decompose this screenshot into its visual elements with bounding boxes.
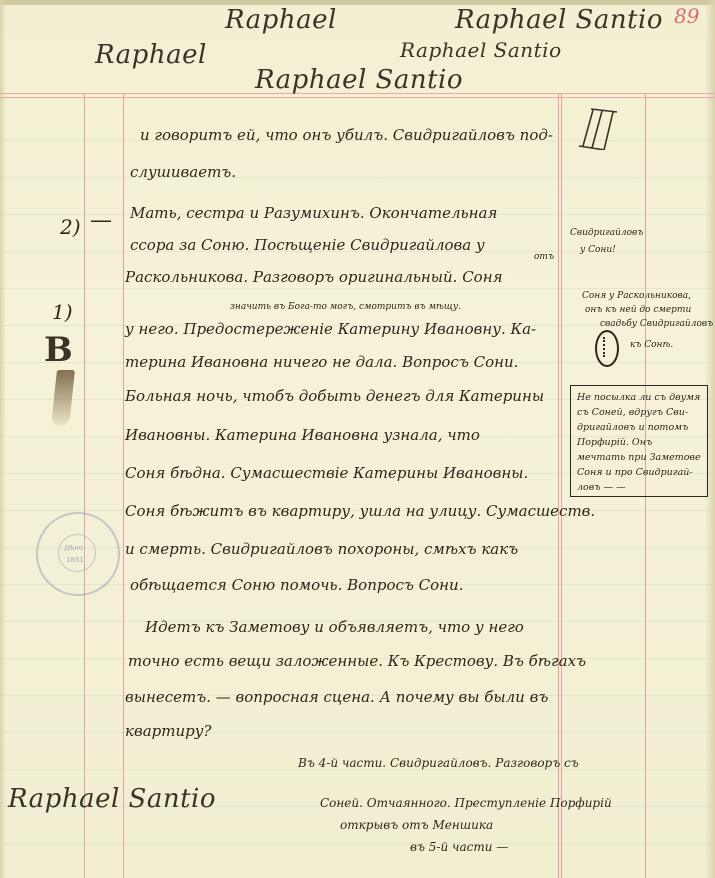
boxed-note-line: Не посылка ли съ двумя xyxy=(577,390,703,405)
page-number: 89 xyxy=(674,4,699,28)
text-line: Больная ночь, чтобъ добыть денегъ для Ка… xyxy=(125,387,544,405)
interlinear-note: значить въ Бога-то могъ, смотритъ въ мѣщ… xyxy=(230,302,461,312)
text-line: Мать, сестра и Разумихинъ. Окончательная xyxy=(130,204,497,222)
margin-rule-left xyxy=(84,93,85,878)
bottom-note-line: открывъ отъ Меншика xyxy=(340,818,493,832)
manuscript-page: 89 RaphaelRaphael SantioRaphaelRaphael S… xyxy=(0,0,715,878)
stamp-center-text: Дѣло xyxy=(64,544,83,552)
roman-numeral-three-icon xyxy=(577,106,619,150)
ruled-line xyxy=(0,732,715,733)
oval-doodle-inner xyxy=(603,337,610,357)
ink-smudge xyxy=(51,370,75,426)
footer-signature: Raphael Santio xyxy=(8,784,216,814)
bottom-note-line: Соней. Отчаянного. Преступленіе Порфирій xyxy=(320,796,612,810)
margin-note-line: свадьбу Свидригайловъ xyxy=(600,319,713,329)
interlinear-note: отъ xyxy=(534,252,554,262)
boxed-note-line: ловъ — — xyxy=(577,480,703,495)
text-line: Соня бѣжитъ въ квартиру, ушла на улицу. … xyxy=(125,502,595,520)
ruled-line xyxy=(0,288,715,289)
calligraphy-doodle: Raphael Santio xyxy=(455,5,663,35)
text-line: Соня бѣдна. Сумасшествіе Катерины Иванов… xyxy=(125,464,528,482)
margin-note-line: къ Сонѣ. xyxy=(630,340,673,350)
margin-item-2: 2) xyxy=(60,215,81,239)
text-line: Ивановны. Катерина Ивановна узнала, что xyxy=(125,426,480,444)
margin-dash: — xyxy=(90,208,112,233)
margin-note-line: Соня у Раскольникова, xyxy=(582,291,691,301)
boxed-note-line: съ Соней, вдругъ Сви- xyxy=(577,405,703,420)
text-line: ссора за Соню. Посѣщеніе Свидригайлова у xyxy=(130,236,485,254)
text-line: слушиваетъ. xyxy=(130,163,236,181)
text-rule-left xyxy=(123,93,124,878)
text-line: Раскольникова. Разговоръ оригинальный. С… xyxy=(125,268,503,286)
ruled-line xyxy=(0,177,715,178)
bottom-note-line: въ 5-й части — xyxy=(410,840,508,854)
margin-note-line: у Сони! xyxy=(580,245,616,255)
boxed-note-line: мечтать при Заметове xyxy=(577,450,703,465)
boxed-margin-note: Не посылка ли съ двумясъ Соней, вдругъ С… xyxy=(570,385,708,497)
text-line: терина Ивановна ничего не дала. Вопросъ … xyxy=(125,353,518,371)
margin-note-line: онъ къ ней до смерти xyxy=(585,305,691,315)
text-line: и смерть. Свидригайловъ похороны, смѣхъ … xyxy=(125,540,518,558)
ruled-line xyxy=(0,843,715,844)
margin-big-letter: B xyxy=(44,330,73,370)
text-line: и говоритъ ей, что онъ убилъ. Свидригайл… xyxy=(140,126,553,144)
margin-note-line: Свидригайловъ xyxy=(570,228,643,238)
text-line: вынесетъ. — вопросная сцена. А почему вы… xyxy=(125,688,548,706)
text-line: квартиру? xyxy=(125,722,211,740)
text-line: обѣщается Соню помочь. Вопросъ Сони. xyxy=(130,576,463,594)
text-line: у него. Предостереженіе Катерину Ивановн… xyxy=(125,320,536,338)
boxed-note-line: Порфирій. Онъ xyxy=(577,435,703,450)
text-line: Идетъ къ Заметову и объявляетъ, что у не… xyxy=(145,618,524,636)
calligraphy-doodle: Raphael xyxy=(225,5,337,35)
calligraphy-doodle: Raphael Santio xyxy=(255,65,463,95)
header-rule-bottom xyxy=(0,97,715,98)
bottom-note-line: Въ 4-й части. Свидригайловъ. Разговоръ с… xyxy=(298,756,579,770)
stamp-year: 1881 xyxy=(66,556,84,564)
boxed-note-line: дригайловъ и потомъ xyxy=(577,420,703,435)
calligraphy-doodle: Raphael xyxy=(95,40,207,70)
margin-item-1: 1) xyxy=(52,300,73,324)
text-line: точно есть вещи заложенные. Къ Крестову.… xyxy=(128,652,586,670)
page-edge-left xyxy=(0,0,6,878)
calligraphy-doodle: Raphael Santio xyxy=(400,38,562,62)
archive-stamp-inner xyxy=(58,534,96,572)
boxed-note-line: Соня и про Свидригай- xyxy=(577,465,703,480)
